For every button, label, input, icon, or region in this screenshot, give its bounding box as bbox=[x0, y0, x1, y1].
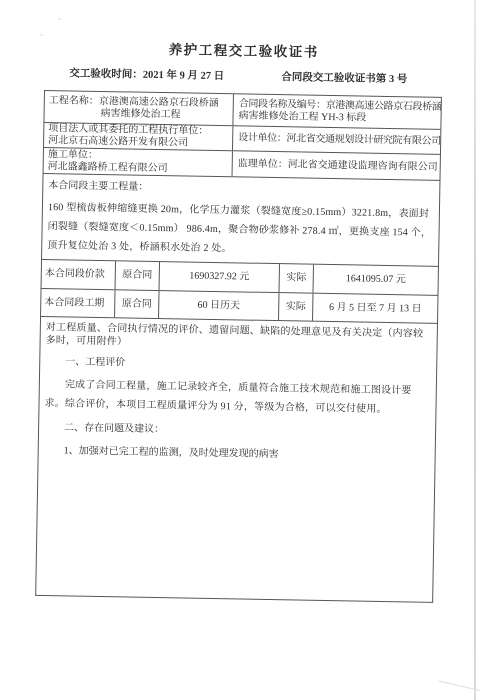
price-row-label: 本合同段价款 bbox=[42, 260, 115, 289]
design-unit-cell: 设计单位：河北省交通规划设计研究院有限公司 bbox=[232, 126, 440, 154]
evaluation-section1-title: 一、工程评价 bbox=[45, 355, 429, 376]
evaluation-section1-text: 完成了合同工程量，施工记录较齐全，质量符合施工技术规范和施工图设计要求。综合评价… bbox=[44, 375, 429, 420]
construction-unit-cell: 施工单位： 河北盛鑫路桥工程有限公司 bbox=[44, 148, 232, 176]
evaluation-heading: 对工程质量、合同执行情况的评价、遗留问题、缺陷的处理意见及有关决定（内容较多时，… bbox=[46, 321, 430, 354]
evaluation-section2-title: 二、存在问题及建议： bbox=[44, 421, 428, 442]
duration-original-label: 原合同 bbox=[114, 290, 158, 318]
project-name-line2: 病害维修处治工程 bbox=[49, 107, 233, 122]
document-title: 养护工程交工验收证书 bbox=[46, 36, 442, 63]
duration-actual-label: 实际 bbox=[278, 293, 312, 321]
construction-unit-line2: 河北盛鑫路桥工程有限公司 bbox=[48, 161, 232, 176]
certificate-number-text: 合同段交工验收证书第 3 号 bbox=[281, 69, 407, 86]
acceptance-time-text: 交工验收时间：2021 年 9 月 27 日 bbox=[69, 65, 224, 83]
quantities-text: 160 型梳齿板伸缩缝更换 20m，化学压力灌浆（裂缝宽度≥0.15mm）322… bbox=[47, 198, 433, 262]
contract-section-line2: 病害维修处治工程 YH-3 标段 bbox=[238, 110, 438, 125]
price-original-value: 1690327.92 元 bbox=[159, 262, 279, 292]
quantities-label: 本合同段主要工程量： bbox=[48, 179, 433, 199]
price-actual-value: 1641095.07 元 bbox=[313, 265, 438, 295]
supervision-unit-cell: 监理单位：河北省交通建设监理咨询有限公司 bbox=[232, 151, 440, 180]
certificate-document: 养护工程交工验收证书 交工验收时间：2021 年 9 月 27 日 合同段交工验… bbox=[0, 0, 480, 700]
duration-row-label: 本合同段工期 bbox=[41, 289, 114, 317]
supervision-unit-text: 监理单位：河北省交通建设监理咨询有限公司 bbox=[238, 158, 438, 173]
legal-entity-cell: 项目法人或其委托的工程执行单位： 河北京石高速公路开发有限公司 bbox=[44, 123, 232, 150]
certificate-table: 工程名称：京港澳高速公路京石段桥涵 病害维修处治工程 合同段名称及编号：京港澳高… bbox=[35, 90, 442, 603]
scanned-document-page: { "page": { "colors": { "paper": "#fffff… bbox=[0, 0, 480, 700]
table-row-main-quantities: 本合同段主要工程量： 160 型梳齿板伸缩缝更换 20m，化学压力灌浆（裂缝宽度… bbox=[42, 173, 439, 266]
table-row-evaluation: 对工程质量、合同执行情况的评价、遗留问题、缺陷的处理意见及有关决定（内容较多时，… bbox=[36, 316, 437, 602]
duration-original-value: 60 日历天 bbox=[158, 291, 278, 320]
duration-actual-value: 6 月 5 日至 7 月 13 日 bbox=[312, 294, 437, 323]
design-unit-text: 设计单位：河北省交通规划设计研究院有限公司 bbox=[238, 132, 438, 147]
price-original-label: 原合同 bbox=[115, 261, 159, 290]
price-actual-label: 实际 bbox=[279, 264, 313, 293]
contract-section-cell: 合同段名称及编号：京港澳高速公路京石段桥涵 病害维修处治工程 YH-3 标段 bbox=[232, 94, 441, 129]
document-header: 交工验收时间：2021 年 9 月 27 日 合同段交工验收证书第 3 号 bbox=[45, 65, 441, 87]
evaluation-section2-item: 1、加强对已完工程的监测，及时处理发现的病害 bbox=[44, 444, 428, 465]
project-name-cell: 工程名称：京港澳高速公路京石段桥涵 病害维修处治工程 bbox=[44, 91, 233, 125]
